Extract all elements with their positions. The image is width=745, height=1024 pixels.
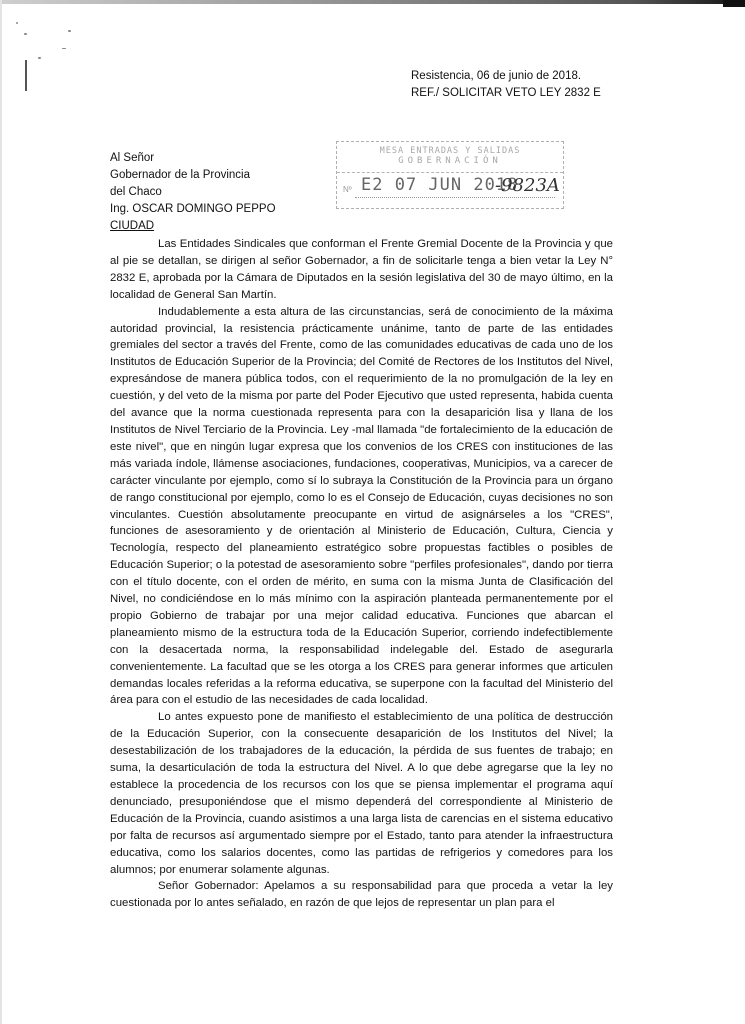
recipient-city: CIUDAD [110,218,276,235]
paragraph-appeal: Señor Gobernador: Apelamos a su responsa… [110,878,613,912]
scan-speck [68,30,71,32]
letter-header: Resistencia, 06 de junio de 2018. REF./ … [411,68,601,102]
scan-left-edge [0,0,2,1024]
recipient-name: Ing. OSCAR DOMINGO PEPPO [110,201,276,218]
recipient-salutation: Al Señor [110,150,276,167]
paragraph-arguments: Indudablemente a esta altura de las circ… [110,304,613,710]
recipient-title: Gobernador de la Provincia [110,167,276,184]
scan-corner-shadow [723,0,745,7]
letter-body: Las Entidades Sindicales que conforman e… [110,236,613,912]
stamp-handwritten-number: -9823A [495,175,560,196]
margin-pen-mark [25,60,27,91]
recipient-province: del Chaco [110,184,276,201]
stamp-office-line1: MESA ENTRADAS Y SALIDAS [337,146,563,156]
stamp-dotted-line [355,197,555,198]
paragraph-consequences: Lo antes expuesto pone de manifiesto el … [110,709,613,878]
reference-line: REF./ SOLICITAR VETO LEY 2832 E [411,85,601,102]
stamp-number-row: Nº E2 07 JUN 2018 -9823A [337,173,563,207]
recipient-address: Al Señor Gobernador de la Provincia del … [110,150,276,235]
paragraph-request: Las Entidades Sindicales que conforman e… [110,236,613,304]
place-date: Resistencia, 06 de junio de 2018. [411,68,601,85]
stamp-office: MESA ENTRADAS Y SALIDAS GOBERNACIÓN [337,142,563,173]
scan-speck [16,22,18,24]
scan-top-edge [0,0,745,4]
stamp-number-label: Nº [343,185,352,194]
reception-stamp: MESA ENTRADAS Y SALIDAS GOBERNACIÓN Nº E… [336,141,564,209]
scan-speck [24,33,27,35]
scan-speck [62,48,66,49]
stamp-office-line2: GOBERNACIÓN [337,156,563,166]
scan-speck [38,57,41,59]
